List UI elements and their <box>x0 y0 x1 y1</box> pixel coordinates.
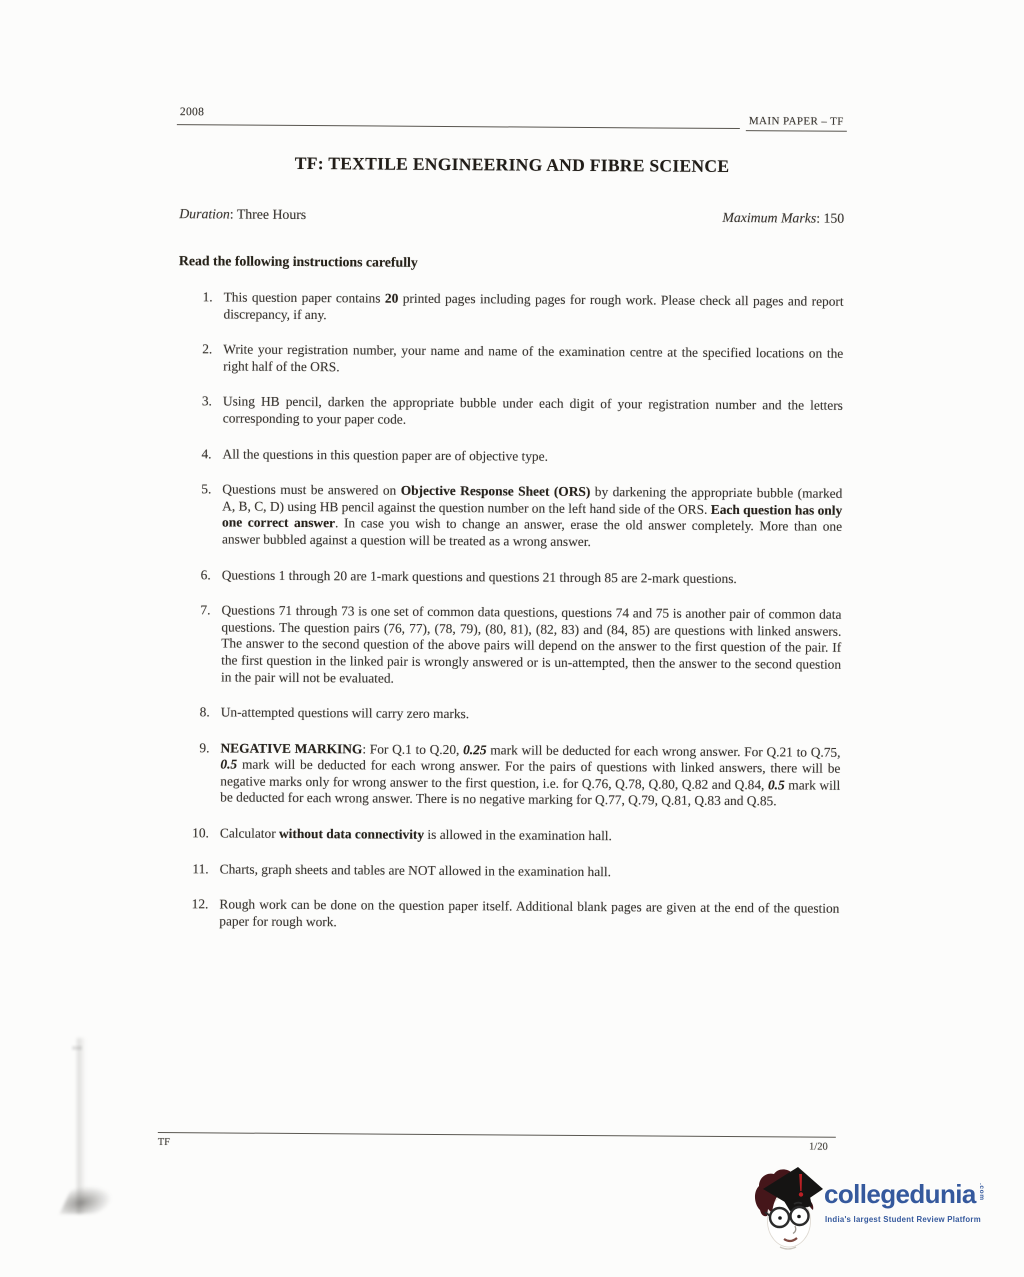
instruction-number: 12. <box>174 896 208 929</box>
instruction-item: 9. NEGATIVE MARKING: For Q.1 to Q.20, 0.… <box>175 740 840 811</box>
instruction-text: Charts, graph sheets and tables are NOT … <box>220 861 840 882</box>
text-segment: : For Q.1 to Q.20, <box>362 741 463 757</box>
collegedunia-tagline: India's largest Student Review Platform <box>825 1215 981 1224</box>
instructions-heading: Read the following instructions carefull… <box>179 253 844 274</box>
instruction-number: 3. <box>178 394 212 427</box>
text-segment: Write your registration number, your nam… <box>223 342 843 374</box>
footer-paper-code: TF <box>158 1137 170 1148</box>
instruction-text: Questions 1 through 20 are 1-mark questi… <box>222 567 842 588</box>
page-footer: TF 1/20 <box>158 1132 836 1153</box>
instructions-list: 1. This question paper contains 20 print… <box>174 289 843 934</box>
instruction-item: 4. All the questions in this question pa… <box>178 446 843 467</box>
instruction-number: 2. <box>178 341 212 374</box>
instruction-text: Questions must be answered on Objective … <box>222 482 842 553</box>
instruction-text: Calculator without data connectivity is … <box>220 826 840 847</box>
marks-label: Maximum Marks <box>722 210 816 226</box>
text-segment: Objective Response Sheet (ORS) <box>401 483 591 499</box>
text-segment: This question paper contains <box>224 289 385 305</box>
instruction-number: 5. <box>177 481 211 548</box>
text-segment: Calculator <box>220 826 279 841</box>
instruction-number: 6. <box>177 567 211 584</box>
instruction-item: 1. This question paper contains 20 print… <box>178 289 843 327</box>
text-segment: Questions 1 through 20 are 1-mark questi… <box>222 567 737 586</box>
marks-value: : 150 <box>816 211 844 226</box>
footer-page-number: 1/20 <box>809 1142 828 1153</box>
instruction-text: This question paper contains 20 printed … <box>223 289 843 327</box>
text-segment: 0.25 <box>463 742 487 757</box>
collegedunia-brand-text: collegedunia <box>824 1181 976 1207</box>
exam-paper-page: 2008 MAIN PAPER – TF TF: TEXTILE ENGINEE… <box>172 104 845 1259</box>
exam-year: 2008 <box>180 106 204 118</box>
collegedunia-tld: .com <box>978 1181 985 1201</box>
text-segment: Using HB pencil, darken the appropriate … <box>223 394 843 427</box>
text-segment: Questions 71 through 73 is one set of co… <box>221 603 842 686</box>
page-header: 2008 MAIN PAPER – TF <box>180 104 845 143</box>
scan-speck <box>72 1046 82 1050</box>
text-segment: without data connectivity <box>279 826 424 842</box>
scan-edge-smudge <box>60 1186 118 1214</box>
text-segment: Un-attempted questions will carry zero m… <box>221 705 470 722</box>
instruction-item: 6. Questions 1 through 20 are 1-mark que… <box>177 567 842 588</box>
instruction-text: Write your registration number, your nam… <box>223 342 843 380</box>
marks-text: Maximum Marks: 150 <box>722 210 844 227</box>
paper-code-label: MAIN PAPER – TF <box>746 115 847 132</box>
text-segment: Charts, graph sheets and tables are NOT … <box>220 861 611 879</box>
text-segment: mark will be deducted for each wrong ans… <box>220 757 840 792</box>
instruction-number: 10. <box>175 825 209 842</box>
exam-meta: Duration: Three Hours Maximum Marks: 150 <box>179 206 844 227</box>
instruction-item: 11. Charts, graph sheets and tables are … <box>175 861 840 882</box>
instruction-number: 8. <box>176 704 210 721</box>
instruction-number: 9. <box>175 740 209 807</box>
duration-text: Duration: Three Hours <box>179 206 306 223</box>
instruction-item: 7. Questions 71 through 73 is one set of… <box>176 602 842 690</box>
instruction-text: All the questions in this question paper… <box>223 446 843 467</box>
instruction-number: 7. <box>176 602 211 685</box>
instruction-number: 1. <box>178 289 212 322</box>
instruction-text: Using HB pencil, darken the appropriate … <box>223 394 843 432</box>
duration-value: : Three Hours <box>230 206 306 222</box>
page-title: TF: TEXTILE ENGINEERING AND FIBRE SCIENC… <box>180 152 845 178</box>
header-rule <box>177 124 740 129</box>
text-segment: 0.5 <box>768 777 785 792</box>
text-segment: mark will be deducted for each wrong ans… <box>487 742 841 759</box>
instruction-item: 2. Write your registration number, your … <box>178 341 843 379</box>
instruction-text: Questions 71 through 73 is one set of co… <box>221 603 842 690</box>
text-segment: is allowed in the examination hall. <box>424 827 612 843</box>
instruction-text: Rough work can be done on the question p… <box>219 897 839 935</box>
instruction-item: 10. Calculator without data connectivity… <box>175 825 840 846</box>
instruction-number: 11. <box>175 861 209 878</box>
collegedunia-watermark: collegedunia .com India's largest Studen… <box>752 1162 1020 1254</box>
text-segment: Questions must be answered on <box>222 482 401 498</box>
duration-label: Duration <box>179 206 230 221</box>
text-segment: 20 <box>385 291 398 306</box>
instruction-number: 4. <box>178 446 212 463</box>
instruction-item: 3. Using HB pencil, darken the appropria… <box>178 394 843 432</box>
instruction-item: 12. Rough work can be done on the questi… <box>174 896 839 934</box>
text-segment: All the questions in this question paper… <box>223 446 548 463</box>
instruction-item: 5. Questions must be answered on Objecti… <box>177 481 842 552</box>
text-segment: 0.5 <box>220 757 237 772</box>
instruction-text: NEGATIVE MARKING: For Q.1 to Q.20, 0.25 … <box>220 740 840 811</box>
text-segment: NEGATIVE MARKING <box>220 740 362 756</box>
instruction-text: Un-attempted questions will carry zero m… <box>221 705 841 726</box>
collegedunia-brand-line: collegedunia .com <box>824 1181 984 1207</box>
text-segment: Rough work can be done on the question p… <box>219 897 839 929</box>
instruction-item: 8. Un-attempted questions will carry zer… <box>176 704 841 725</box>
